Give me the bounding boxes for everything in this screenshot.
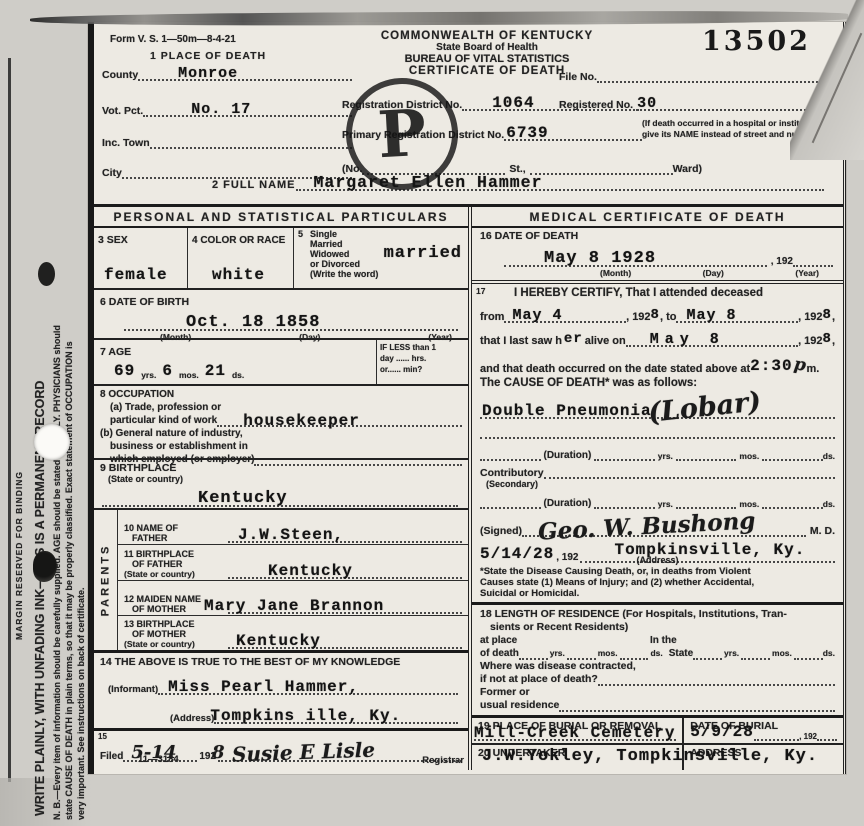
burial-value: Mill-Creek Cemetery xyxy=(474,724,675,742)
duration1-mos: mos. xyxy=(739,451,759,461)
informant-value: Miss Pearl Hammer, xyxy=(168,678,359,696)
county-value: Monroe xyxy=(178,65,238,82)
dod-year-line xyxy=(793,254,833,267)
res-ds-line xyxy=(620,647,649,660)
death-time-label: and that death occurred on the date stat… xyxy=(480,363,750,375)
registrar-signature: Susie E Lisle xyxy=(232,738,376,767)
duration1-ds: ds. xyxy=(823,451,835,461)
margin-binding-label: MARGIN RESERVED FOR BINDING xyxy=(14,471,24,640)
footnote-line2: Causes state (1) Means of Injury; and (2… xyxy=(480,577,835,588)
state-mos: mos. xyxy=(772,647,792,660)
saw-alive-value: May 8 xyxy=(650,331,725,348)
mother-name-value: Mary Jane Brannon xyxy=(204,597,384,615)
saw-alive-line: May 8 xyxy=(626,334,798,347)
medical-certificate-column: MEDICAL CERTIFICATE OF DEATH 16 DATE OF … xyxy=(468,207,843,770)
if-less-line2: day ...... hrs. xyxy=(380,353,465,364)
dod-year-label: (Year) xyxy=(795,268,819,278)
informant-address-line: Tompkins ille, Ky. xyxy=(214,711,458,724)
certify-from-line: May 4 xyxy=(504,310,626,323)
mother-bp-value: Kentucky xyxy=(236,632,321,650)
form-code: 11—3184 xyxy=(138,754,179,765)
mother-bp-label2: OF MOTHER xyxy=(132,629,228,639)
certify-from-year-prefix: , 192 xyxy=(626,311,650,323)
cause-line: Double Pneumonia (Lobar) xyxy=(480,393,835,419)
duration2-ds-line xyxy=(762,496,823,509)
contributory-line xyxy=(544,466,835,479)
father-name-label2: FATHER xyxy=(132,533,228,543)
former-label-line1: Former or xyxy=(480,686,835,699)
signed-date-value: 5/14/28 xyxy=(480,545,554,563)
father-bp-note: (State or country) xyxy=(124,569,228,579)
duration2-yrs: yrs. xyxy=(658,499,673,509)
dod-year-prefix: , 192 xyxy=(771,256,793,267)
undertaker-value: J.W.Yokley, Tompkinsville, Ky. xyxy=(482,747,818,766)
filed-label: Filed xyxy=(100,751,123,762)
state-yrs: yrs. xyxy=(724,647,739,660)
in-the-label: In the xyxy=(650,634,677,647)
res-yrs: yrs. xyxy=(550,647,565,660)
father-name-label1: 10 NAME OF xyxy=(124,523,228,533)
registration-district-value: 1064 xyxy=(492,94,534,112)
informant-address-label: (Address) xyxy=(170,713,214,724)
mother-bp-note: (State or country) xyxy=(124,639,228,649)
marital-note: (Write the word) xyxy=(310,269,464,279)
parents-label: PARENTS xyxy=(100,544,112,617)
mother-name-line: Mary Jane Brannon xyxy=(228,601,462,614)
occupation-value: housekeeper xyxy=(243,415,360,428)
father-bp-label1: 11 BIRTHPLACE xyxy=(124,549,228,559)
certify-section-number: 17 xyxy=(476,286,485,296)
ink-blot xyxy=(38,262,55,286)
informant-address-value: Tompkins ille, Ky. xyxy=(210,707,401,725)
father-bp-label2: OF FATHER xyxy=(132,559,228,569)
medical-section-title: MEDICAL CERTIFICATE OF DEATH xyxy=(472,207,843,228)
duration1-label: (Duration) xyxy=(544,450,592,461)
age-yrs-label: yrs. xyxy=(141,370,156,380)
signed-year-prefix: , 192 xyxy=(556,552,578,563)
state-ds-line xyxy=(794,647,823,660)
saw-alive-pronoun: er xyxy=(564,331,583,347)
place-of-death-title: 1 PLACE OF DEATH xyxy=(150,50,266,62)
hole-punch xyxy=(34,424,70,460)
signed-label: (Signed) xyxy=(480,525,522,537)
dod-month-label: (Month) xyxy=(600,268,631,278)
death-time-m-label: m. xyxy=(806,363,819,375)
saw-year-prefix: , 192 xyxy=(798,335,822,347)
registered-no-label: Registered No. xyxy=(559,99,633,111)
burial-date-line xyxy=(754,728,799,741)
at-place-label: at place xyxy=(480,634,650,647)
footnote-line3: Suicidal or Homicidal. xyxy=(480,588,835,599)
father-bp-line: Kentucky xyxy=(228,566,462,579)
state-ds: ds. xyxy=(823,647,835,660)
duration2-mos-line xyxy=(676,496,737,509)
dod-line: May 8 1928 xyxy=(504,254,767,267)
street-line xyxy=(530,162,673,175)
cause-value-typed: Double Pneumonia xyxy=(482,402,652,420)
death-certificate: P Form V. S. 1—50m—8-4-21 1 PLACE OF DEA… xyxy=(88,22,846,774)
dob-value: Oct. 18 1858 xyxy=(186,313,320,332)
margin-nb-line2: state CAUSE OF DEATH in plain terms, so … xyxy=(64,341,74,820)
footnote-line1: *State the Disease Causing Death, or, in… xyxy=(480,566,835,577)
commonwealth-title: COMMONWEALTH OF KENTUCKY xyxy=(322,30,652,42)
informant-line: Miss Pearl Hammer, xyxy=(158,682,458,695)
occupation-b-line2: business or establishment in xyxy=(110,440,462,453)
age-label: 7 AGE xyxy=(100,346,131,358)
primary-district-line: 6739 xyxy=(504,128,642,141)
res-ds: ds. xyxy=(650,647,662,660)
duration2-lead xyxy=(480,496,541,509)
dod-value: May 8 1928 xyxy=(544,249,656,268)
marital-number: 5 xyxy=(298,229,303,239)
signed-address-line: Tompkinsville, Ky. (Address) xyxy=(580,550,835,563)
city-label: City xyxy=(102,167,122,179)
primary-district-value: 6739 xyxy=(506,124,548,142)
state-mos-line xyxy=(741,647,770,660)
dob-line: Oct. 18 1858 xyxy=(124,318,458,331)
father-name-line: J.W.Steen, xyxy=(228,530,462,543)
personal-particulars-column: PERSONAL AND STATISTICAL PARTICULARS 3 S… xyxy=(94,207,468,770)
saw-comma: , xyxy=(832,335,835,347)
occupation-b-fill xyxy=(254,453,462,466)
if-less-line3: or...... min? xyxy=(380,364,465,375)
contributory-label: Contributory xyxy=(480,467,544,479)
certify-line1: I HEREBY CERTIFY, That I attended deceas… xyxy=(514,287,835,299)
registrar-label: Registrar xyxy=(422,755,464,766)
birthplace-line: Kentucky xyxy=(102,494,458,507)
contracted-label-line1: Where was disease contracted, xyxy=(480,660,835,673)
certify-from-year-suffix: 8 xyxy=(651,307,660,323)
if-less-line1: IF LESS than 1 xyxy=(380,342,465,353)
dob-year-label: (Year) xyxy=(428,332,452,342)
duration2-ds: ds. xyxy=(823,499,835,509)
voting-precinct-value: No. 17 xyxy=(191,101,251,118)
ward-label: Ward) xyxy=(673,163,702,175)
burial-date-value: 5/9/28 xyxy=(690,723,754,741)
state-label: State xyxy=(669,647,693,660)
filed-section-number: 15 xyxy=(98,732,107,741)
inc-town-line xyxy=(150,136,352,149)
mother-bp-line: Kentucky xyxy=(228,636,462,649)
signed-address-label: (Address) xyxy=(636,555,678,565)
secondary-label: (Secondary) xyxy=(486,479,835,489)
burial-line: Mill-Creek Cemetery xyxy=(474,728,676,741)
mother-bp-label1: 13 BIRTHPLACE xyxy=(124,619,228,629)
birthplace-note: (State or country) xyxy=(108,474,462,484)
age-years-value: 69 xyxy=(114,362,135,380)
duration1-yrs-line xyxy=(594,448,655,461)
informant-section-title: 14 THE ABOVE IS TRUE TO THE BEST OF MY K… xyxy=(100,656,462,668)
burial-year-prefix: , 192 xyxy=(799,732,817,741)
county-line: Monroe xyxy=(138,68,352,81)
saw-alive-label1: that I last saw h xyxy=(480,335,562,347)
md-label: M. D. xyxy=(810,525,835,537)
saw-year-suffix: 8 xyxy=(823,331,832,347)
certify-from-value: May 4 xyxy=(512,307,562,324)
stamp-letter: P xyxy=(376,95,428,172)
voting-precinct-line: No. 17 xyxy=(143,104,352,117)
former-residence-line xyxy=(559,699,835,712)
informant-label: (Informant) xyxy=(108,684,158,695)
residence-label-line1: 18 LENGTH OF RESIDENCE (For Hospitals, I… xyxy=(480,608,835,621)
age-months-value: 6 xyxy=(162,362,173,380)
torn-corner xyxy=(790,0,864,160)
occupation-a-line2: particular kind of work xyxy=(110,414,217,427)
sex-value: female xyxy=(104,266,168,284)
certify-to-value: May 8 xyxy=(686,307,736,324)
father-bp-value: Kentucky xyxy=(268,562,353,580)
certify-to-year-prefix: , 192 xyxy=(798,311,822,323)
personal-section-title: PERSONAL AND STATISTICAL PARTICULARS xyxy=(94,207,468,228)
marital-option-single: Single xyxy=(310,229,464,239)
father-name-value: J.W.Steen, xyxy=(238,526,344,544)
state-yrs-line xyxy=(693,647,722,660)
certify-comma: , xyxy=(832,311,835,323)
inc-town-label: Inc. Town xyxy=(102,137,150,149)
cause-blank-line xyxy=(480,426,835,439)
file-no-label: File No. xyxy=(559,71,597,83)
res-mos-line xyxy=(567,647,596,660)
contracted-label-line2: if not at place of death? xyxy=(480,673,598,686)
age-days-value: 21 xyxy=(205,362,226,380)
duration1-mos-line xyxy=(676,448,737,461)
margin-nb-line3: very important. See instructions on back… xyxy=(76,587,86,820)
former-label-line2: usual residence xyxy=(480,699,559,712)
res-mos: mos. xyxy=(598,647,618,660)
county-label: County xyxy=(102,69,138,81)
saw-alive-label2: alive on xyxy=(585,335,626,347)
certificate-body: PERSONAL AND STATISTICAL PARTICULARS 3 S… xyxy=(94,204,843,770)
burial-year-line xyxy=(817,728,837,741)
cause-of-death-label: The CAUSE OF DEATH* was as follows: xyxy=(480,377,835,389)
occupation-a-fill: housekeeper xyxy=(217,414,462,427)
full-name-label: 2 FULL NAME xyxy=(212,179,296,191)
filed-year-suffix: 8 xyxy=(212,742,225,763)
dod-label: 16 DATE OF DEATH xyxy=(480,230,835,242)
race-value: white xyxy=(212,266,265,284)
race-label: 4 COLOR OR RACE xyxy=(192,235,285,246)
death-time-value: 2:30 xyxy=(750,357,792,375)
certificate-header: Form V. S. 1—50m—8-4-21 1 PLACE OF DEATH… xyxy=(94,22,843,204)
sex-label: 3 SEX xyxy=(98,234,128,246)
contracted-line xyxy=(598,673,835,686)
dob-label: 6 DATE OF BIRTH xyxy=(100,296,189,308)
signed-line: Geo. W. Bushong xyxy=(522,524,806,537)
certify-to-label: , to xyxy=(660,311,677,323)
voting-precinct-label: Vot. Pct. xyxy=(102,105,143,117)
residence-label-line2: sients or Recent Residents) xyxy=(490,621,835,634)
registered-no-value: 30 xyxy=(637,95,657,112)
left-page-edge-line xyxy=(8,58,11,782)
birthplace-value: Kentucky xyxy=(198,489,288,508)
duration1-ds-line xyxy=(762,448,823,461)
death-time-ampm: p xyxy=(792,354,807,375)
duration1-yrs: yrs. xyxy=(658,451,673,461)
form-number-line: Form V. S. 1—50m—8-4-21 xyxy=(110,34,236,45)
of-death-label: of death xyxy=(480,647,519,660)
duration2-label: (Duration) xyxy=(544,498,592,509)
dod-day-label: (Day) xyxy=(703,268,724,278)
certify-to-year-suffix: 8 xyxy=(823,307,832,323)
occupation-label: 8 OCCUPATION xyxy=(100,388,462,401)
state-board-title: State Board of Health xyxy=(322,42,652,53)
duration2-yrs-line xyxy=(594,496,655,509)
age-ds-label: ds. xyxy=(232,370,244,380)
duration1-lead xyxy=(480,448,541,461)
age-mos-label: mos. xyxy=(179,370,199,380)
certify-to-line: May 8 xyxy=(676,310,798,323)
res-yrs-line xyxy=(519,647,548,660)
bureau-title: BUREAU OF VITAL STATISTICS xyxy=(322,53,652,65)
marital-value: married xyxy=(384,244,462,263)
certify-from-label: from xyxy=(480,311,504,323)
